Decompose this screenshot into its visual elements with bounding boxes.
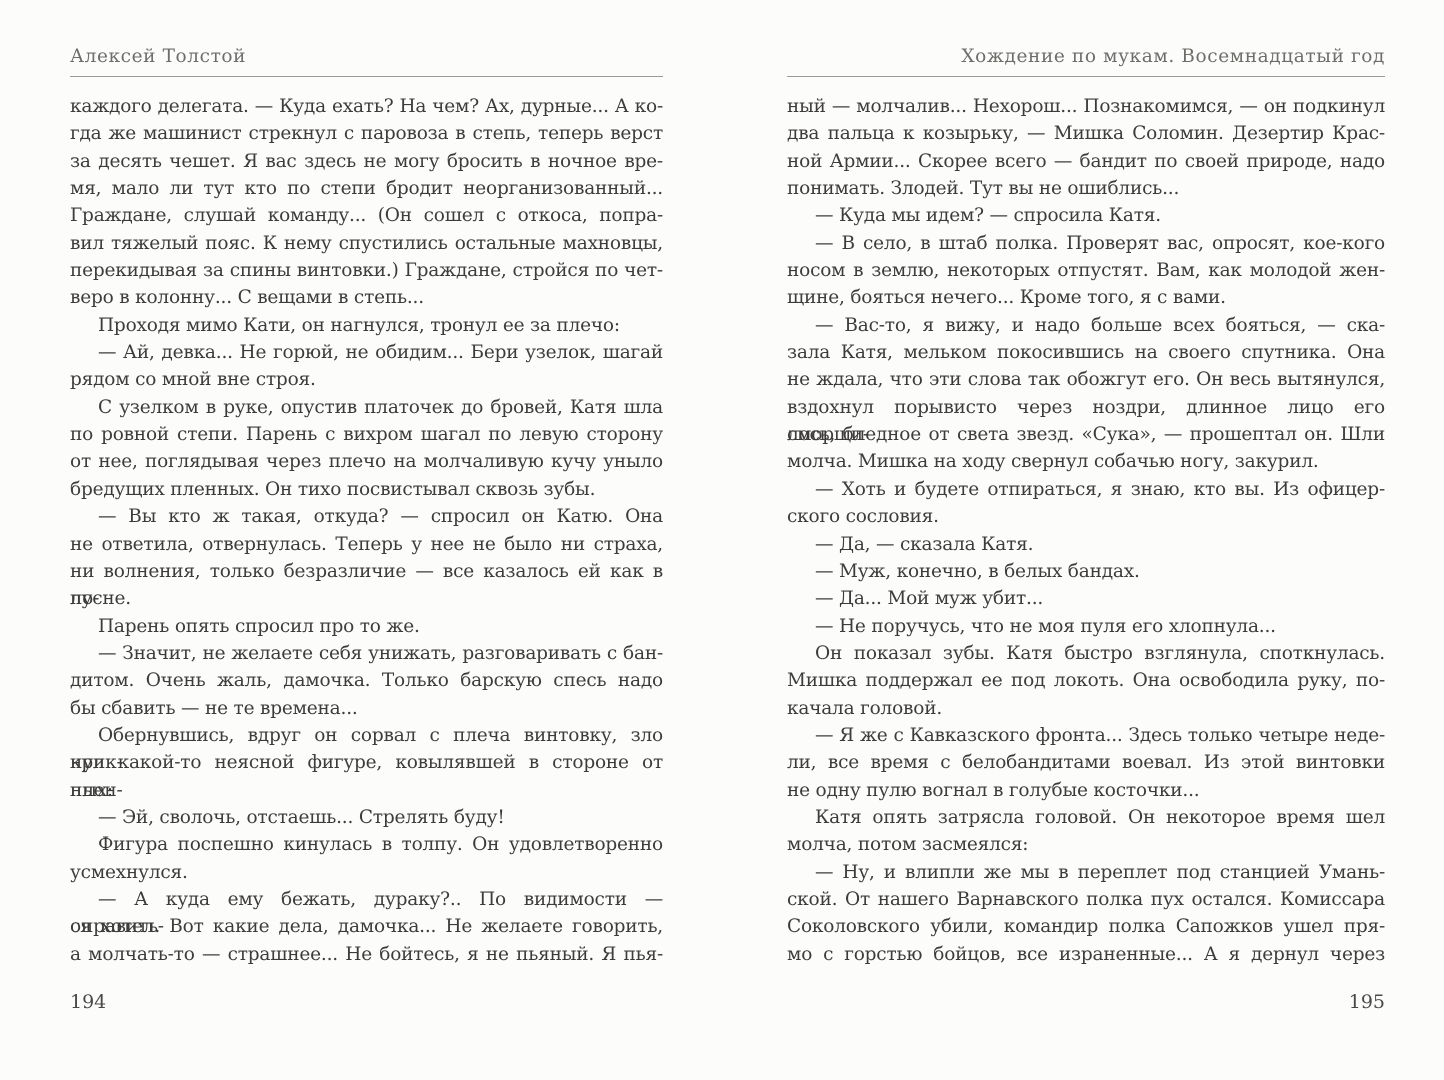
- text-line: рядом со мной вне строя.: [70, 366, 663, 393]
- text-line: — Вы кто ж такая, откуда? — спросил он К…: [70, 503, 663, 530]
- text-line: веро в колонну... С вещами в степь...: [70, 284, 663, 311]
- text-line: Парень опять спросил про то же.: [70, 613, 663, 640]
- text-line: вил тяжелый пояс. К нему спустились оста…: [70, 230, 663, 257]
- text-line: молча. Мишка на ходу свернул собачью ног…: [787, 448, 1385, 475]
- text-line: ли, все время с белобандитами воевал. Из…: [787, 749, 1385, 776]
- text-line: два пальца к козырьку, — Мишка Соломин. …: [787, 120, 1385, 147]
- page-number-left: 194: [70, 991, 663, 1013]
- text-line: зала Катя, мельком покосившись на своего…: [787, 339, 1385, 366]
- text-line: не одну пулю вогнал в голубые косточки..…: [787, 777, 1385, 804]
- text-line: Он показал зубы. Катя быстро взглянула, …: [787, 640, 1385, 667]
- text-line: лось, бледное от света звезд. «Сука», — …: [787, 421, 1385, 448]
- text-line: носом в землю, некоторых отпустят. Вам, …: [787, 257, 1385, 284]
- text-line: Граждане, слушай команду... (Он сошел с …: [70, 202, 663, 229]
- text-line: лусне.: [70, 585, 663, 612]
- text-line: — Куда мы идем? — спросила Катя.: [787, 202, 1385, 229]
- page-number-right: 195: [787, 991, 1385, 1013]
- text-line: — Да... Мой муж убит...: [787, 585, 1385, 612]
- text-line: ный — молчалив... Нехорош... Познакомимс…: [787, 93, 1385, 120]
- text-line: по ровной степи. Парень с вихром шагал п…: [70, 421, 663, 448]
- text-line: — Вас-то, я вижу, и надо больше всех боя…: [787, 312, 1385, 339]
- text-line: щине, бояться нечего... Кроме того, я с …: [787, 284, 1385, 311]
- text-line: Катя опять затрясла головой. Он некоторо…: [787, 804, 1385, 831]
- text-line: мо с горстью бойцов, все израненные... А…: [787, 941, 1385, 968]
- text-line: вздохнул порывисто через ноздри, длинное…: [787, 394, 1385, 421]
- text-line: — А куда ему бежать, дураку?.. По видимо…: [70, 886, 663, 913]
- text-line: молча, потом засмеялся:: [787, 831, 1385, 858]
- text-line: — Эй, сволочь, отстаешь... Стрелять буду…: [70, 804, 663, 831]
- text-line: усмехнулся.: [70, 859, 663, 886]
- text-line: каждого делегата. — Куда ехать? На чем? …: [70, 93, 663, 120]
- book-spread: Алексей Толстой каждого делегата. — Куда…: [0, 0, 1444, 1080]
- text-line: качала головой.: [787, 695, 1385, 722]
- text-line: перекидывая за спины винтовки.) Граждане…: [70, 257, 663, 284]
- text-line: бредущих пленных. Он тихо посвистывал ск…: [70, 476, 663, 503]
- text-line: не ждала, что эти слова так обожгут его.…: [787, 366, 1385, 393]
- running-header-author: Алексей Толстой: [70, 46, 663, 67]
- text-line: ной Армии... Скорее всего — бандит по св…: [787, 148, 1385, 175]
- text-line: дитом. Очень жаль, дамочка. Только барск…: [70, 667, 663, 694]
- text-line: Соколовского убили, командир полка Сапож…: [787, 913, 1385, 940]
- text-line: понимать. Злодей. Тут вы не ошиблись...: [787, 175, 1385, 202]
- header-rule: [787, 76, 1385, 77]
- text-line: мя, мало ли тут кто по степи бродит неор…: [70, 175, 663, 202]
- text-line: Обернувшись, вдруг он сорвал с плеча вин…: [70, 722, 663, 749]
- text-line: — Не поручусь, что не моя пуля его хлопн…: [787, 613, 1385, 640]
- text-line: от нее, поглядывая через плечо на молчал…: [70, 448, 663, 475]
- text-line: за десять чешет. Я вас здесь не могу бро…: [70, 148, 663, 175]
- text-line: ных:: [70, 777, 663, 804]
- text-line: — Ну, и влипли же мы в переплет под стан…: [787, 859, 1385, 886]
- text-line: а молчать-то — страшнее... Не бойтесь, я…: [70, 941, 663, 968]
- text-line: ского сословия.: [787, 503, 1385, 530]
- text-line: — Значит, не желаете себя унижать, разго…: [70, 640, 663, 667]
- text-line: — Да, — сказала Катя.: [787, 531, 1385, 558]
- page-body-right: ный — молчалив... Нехорош... Познакомимс…: [787, 93, 1385, 968]
- text-line: нул какой-то неясной фигуре, ковылявшей …: [70, 749, 663, 776]
- page-body-left: каждого делегата. — Куда ехать? На чем? …: [70, 93, 663, 968]
- text-line: — Хоть и будете отпираться, я знаю, кто …: [787, 476, 1385, 503]
- text-line: Фигура поспешно кинулась в толпу. Он удо…: [70, 831, 663, 858]
- text-line: — Ай, девка... Не горюй, не обидим... Бе…: [70, 339, 663, 366]
- page-left: Алексей Толстой каждого делегата. — Куда…: [70, 0, 663, 1080]
- text-line: — В село, в штаб полка. Проверят вас, оп…: [787, 230, 1385, 257]
- text-line: бы сбавить — не те времена...: [70, 695, 663, 722]
- text-line: Мишка поддержал ее под локоть. Она освоб…: [787, 667, 1385, 694]
- page-right: Хождение по мукам. Восемнадцатый год ный…: [787, 0, 1385, 1080]
- text-line: Проходя мимо Кати, он нагнулся, тронул е…: [70, 312, 663, 339]
- text-line: гда же машинист стрекнул с паровоза в ст…: [70, 120, 663, 147]
- text-line: не ответила, отвернулась. Теперь у нее н…: [70, 531, 663, 558]
- text-line: ни волнения, только безразличие — все ка…: [70, 558, 663, 585]
- text-line: — Муж, конечно, в белых бандах.: [787, 558, 1385, 585]
- header-rule: [70, 76, 663, 77]
- text-line: С узелком в руке, опустив платочек до бр…: [70, 394, 663, 421]
- running-header-title: Хождение по мукам. Восемнадцатый год: [787, 46, 1385, 67]
- text-line: ской. От нашего Варнавского полка пух ос…: [787, 886, 1385, 913]
- text-line: — Я же с Кавказского фронта... Здесь тол…: [787, 722, 1385, 749]
- text-line: ся хотел. Вот какие дела, дамочка... Не …: [70, 913, 663, 940]
